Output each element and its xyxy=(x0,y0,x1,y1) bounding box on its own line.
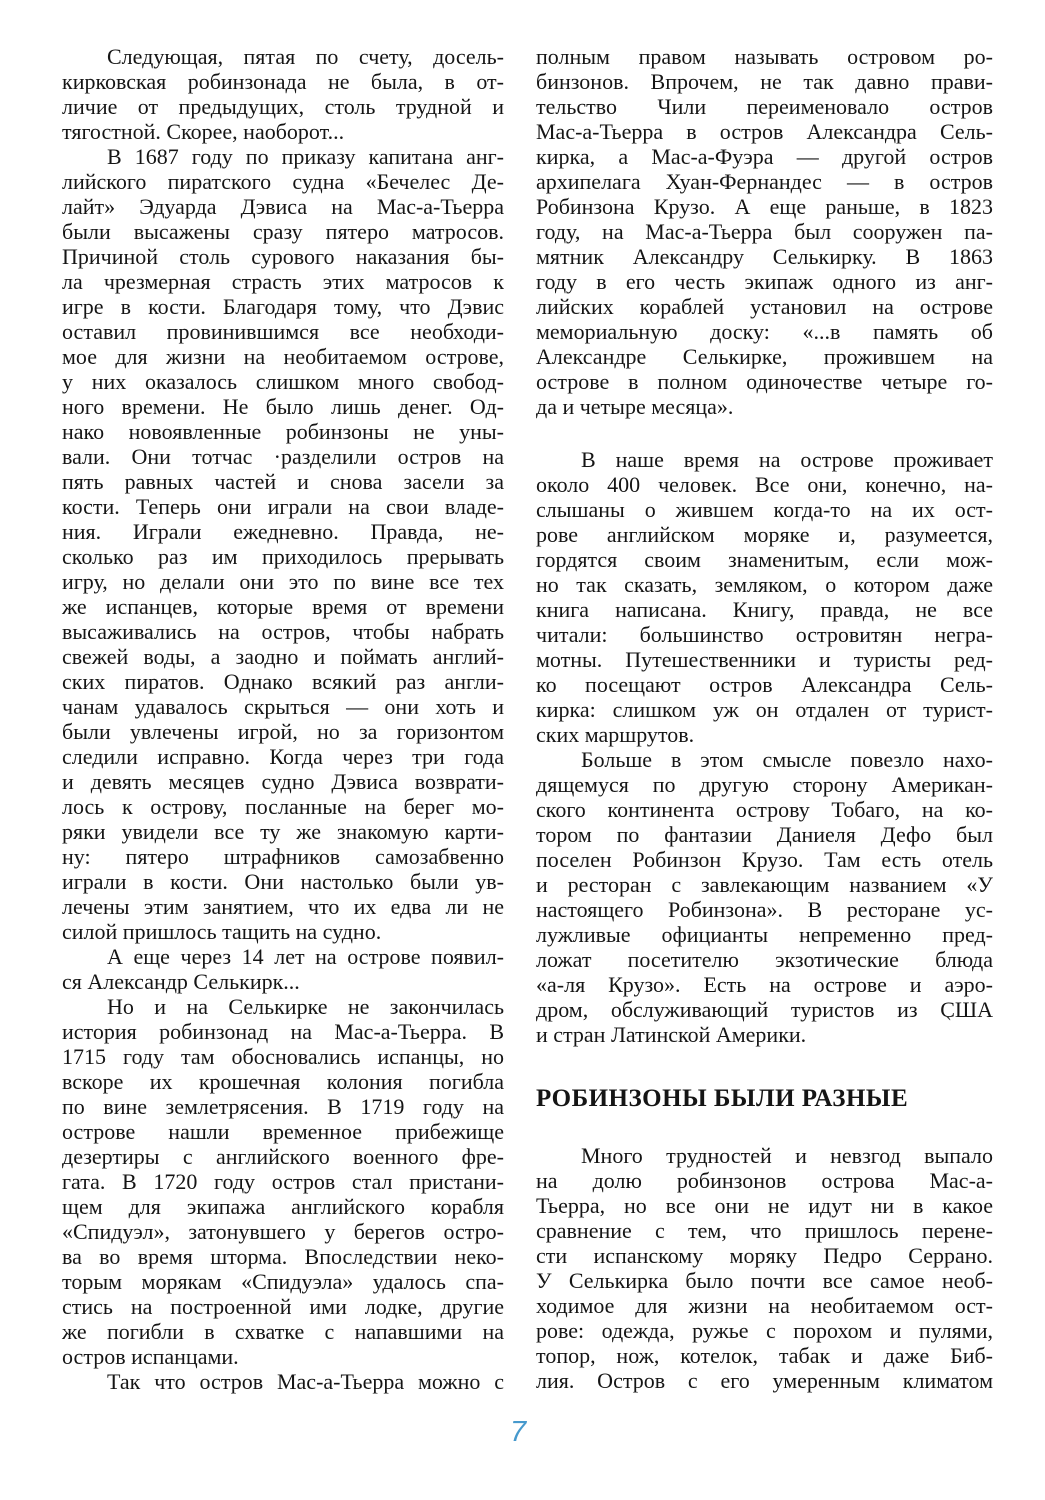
text-line: В 1687 году по приказу капитана анг- xyxy=(62,144,504,169)
text-line: гата. В 1720 году остров стал пристани- xyxy=(62,1169,504,1194)
text-line: мемориальную доску: «...в память об xyxy=(536,319,993,344)
text-line: лия. Остров с его умеренным климатом xyxy=(536,1368,993,1393)
text-line: ряки увидели все ту же знакомую карти- xyxy=(62,819,504,844)
text-line: «а-ля Крузо». Есть на острове и аэро- xyxy=(536,972,993,997)
text-line: Робинзона Крузо. А еще раньше, в 1823 xyxy=(536,194,993,219)
paragraph: Много трудностей и невзгод выпалона долю… xyxy=(536,1143,993,1393)
text-line: Так что остров Мас-а-Тьерра можно с xyxy=(62,1369,504,1394)
text-line: ну: пятеро штрафников самозабвенно xyxy=(62,844,504,869)
text-line: сколько раз им приходилось прерывать xyxy=(62,544,504,569)
text-line: следили исправно. Когда через три года xyxy=(62,744,504,769)
text-line: и девять месяцев судно Дэвиса возврати- xyxy=(62,769,504,794)
paragraph: Но и на Селькирке не закончиласьистория … xyxy=(62,994,504,1369)
text-line: острове нашли временное прибежище xyxy=(62,1119,504,1144)
paragraph: полным правом называть островом ро-бинзо… xyxy=(536,44,993,419)
text-line: остров испанцами. xyxy=(62,1344,504,1369)
text-line: щем для экипажа английского корабля xyxy=(62,1194,504,1219)
text-line: В наше время на острове проживает xyxy=(536,447,993,472)
text-line: лайт» Эдуарда Дэвиса на Мас-а-Тьерра xyxy=(62,194,504,219)
text-line: история робинзонад на Мас-а-Тьерра. В xyxy=(62,1019,504,1044)
text-line: ного времени. Не было лишь денег. Од- xyxy=(62,394,504,419)
text-line: бинзонов. Впрочем, не так давно прави- xyxy=(536,69,993,94)
text-line: стись на построенной ими лодке, другие xyxy=(62,1294,504,1319)
text-line: ния. Играли ежедневно. Правда, не- xyxy=(62,519,504,544)
text-line: кости. Теперь они играли на свои владе- xyxy=(62,494,504,519)
right-text-column: полным правом называть островом ро-бинзо… xyxy=(536,44,993,1393)
text-line: дром, обслуживающий туристов из США xyxy=(536,997,993,1022)
text-line: свежей воды, а заодно и поймать англий- xyxy=(62,644,504,669)
text-line: да и четыре месяца». xyxy=(536,394,993,419)
text-line: кирка, а Мас-а-Фуэра — другой остров xyxy=(536,144,993,169)
text-line: кирка: слишком уж он отдален от турист- xyxy=(536,697,993,722)
text-line: топор, нож, котелок, табак и даже Биб- xyxy=(536,1343,993,1368)
text-line: лийского пиратского судна «Бечелес Де- xyxy=(62,169,504,194)
text-line: силой пришлось тащить на судно. xyxy=(62,919,504,944)
text-line: лужливые официанты непременно пред- xyxy=(536,922,993,947)
text-line: Следующая, пятая по счету, досель- xyxy=(62,44,504,69)
text-line: личие от предыдущих, столь трудной и xyxy=(62,94,504,119)
text-line: высаживались на остров, чтобы набрать xyxy=(62,619,504,644)
text-line: по вине землетрясения. В 1719 году на xyxy=(62,1094,504,1119)
text-line: острове в полном одиночестве четыре го- xyxy=(536,369,993,394)
paragraph: Так что остров Мас-а-Тьерра можно с xyxy=(62,1369,504,1394)
text-line: тором по фантазии Даниеля Дефо был xyxy=(536,822,993,847)
text-line: рове: одежда, ружье с порохом и пулями, xyxy=(536,1318,993,1343)
book-page: Следующая, пятая по счету, досель-кирков… xyxy=(0,0,1045,1500)
text-line: но так сказать, земляком, о котором даже xyxy=(536,572,993,597)
text-line: ва во время шторма. Впоследствии неко- xyxy=(62,1244,504,1269)
text-line: вскоре их крошечная колония погибла xyxy=(62,1069,504,1094)
text-line: У Селькирка было почти все самое необ- xyxy=(536,1268,993,1293)
text-line: на долю робинзонов острова Мас-а- xyxy=(536,1168,993,1193)
text-line: же погибли в схватке с напавшими на xyxy=(62,1319,504,1344)
text-line: настоящего Робинзона». В ресторане ус- xyxy=(536,897,993,922)
text-line: дящемуся по другую сторону Американ- xyxy=(536,772,993,797)
left-text-column: Следующая, пятая по счету, досель-кирков… xyxy=(62,44,504,1394)
paragraph: А еще через 14 лет на острове появил-ся … xyxy=(62,944,504,994)
text-line: и ресторан с завлекающим названием «У xyxy=(536,872,993,897)
text-line: оставил провинившимся все необходи- xyxy=(62,319,504,344)
paragraph: В 1687 году по приказу капитана анг-лийс… xyxy=(62,144,504,944)
text-line: кирковская робинзонада не была, в от- xyxy=(62,69,504,94)
text-line: полным правом называть островом ро- xyxy=(536,44,993,69)
text-line: же испанцев, которые время от времени xyxy=(62,594,504,619)
text-line: сти испанскому моряку Педро Серрано. xyxy=(536,1243,993,1268)
text-line: году в его честь экипаж одного из анг- xyxy=(536,269,993,294)
text-line: играли в кости. Они настолько были ув- xyxy=(62,869,504,894)
text-line: гордятся своим знаменитым, если мож- xyxy=(536,547,993,572)
text-line: Причиной столь сурового наказания бы- xyxy=(62,244,504,269)
paragraph: Следующая, пятая по счету, досель-кирков… xyxy=(62,44,504,144)
text-line: Но и на Селькирке не закончилась xyxy=(62,994,504,1019)
text-line: лечены этим занятием, что их едва ли не xyxy=(62,894,504,919)
paragraph: Больше в этом смысле повезло нахо-дящему… xyxy=(536,747,993,1047)
text-line: слышаны о жившем когда-то на их ост- xyxy=(536,497,993,522)
text-line: Мас-а-Тьерра в остров Александра Сель- xyxy=(536,119,993,144)
text-line: ложат посетителю экзотические блюда xyxy=(536,947,993,972)
text-line: нако новоявленные робинзоны не уны- xyxy=(62,419,504,444)
text-line: мятник Александру Селькирку. В 1863 xyxy=(536,244,993,269)
text-line: ся Александр Селькирк... xyxy=(62,969,504,994)
text-line: дезертиры с английского военного фре- xyxy=(62,1144,504,1169)
text-line: ла чрезмерная страсть этих матросов к xyxy=(62,269,504,294)
text-line: Много трудностей и невзгод выпало xyxy=(536,1143,993,1168)
text-line: были увлечены игрой, но за горизонтом xyxy=(62,719,504,744)
text-line: ских маршрутов. xyxy=(536,722,993,747)
page-number: 7 xyxy=(510,1416,526,1449)
text-line: поселен Робинзон Крузо. Там есть отель xyxy=(536,847,993,872)
text-line: ского континента острову Тобаго, на ко- xyxy=(536,797,993,822)
text-line: тельство Чили переименовало остров xyxy=(536,94,993,119)
text-line: около 400 человек. Все они, конечно, на- xyxy=(536,472,993,497)
text-line: Больше в этом смысле повезло нахо- xyxy=(536,747,993,772)
text-line: ко посещают остров Александра Сель- xyxy=(536,672,993,697)
text-line: были высажены сразу пятеро матросов. xyxy=(62,219,504,244)
text-line: А еще через 14 лет на острове появил- xyxy=(62,944,504,969)
text-line: мое для жизни на необитаемом острове, xyxy=(62,344,504,369)
paragraph: В наше время на острове проживаетоколо 4… xyxy=(536,447,993,747)
text-line: архипелага Хуан-Фернандес — в остров xyxy=(536,169,993,194)
text-line: сравнение с тем, что пришлось перене- xyxy=(536,1218,993,1243)
text-line: «Спидуэл», затонувшего у берегов остро- xyxy=(62,1219,504,1244)
text-line: рове английском моряке и, разумеется, xyxy=(536,522,993,547)
text-line: лийских кораблей установил на острове xyxy=(536,294,993,319)
text-line: торым морякам «Спидуэла» удалось спа- xyxy=(62,1269,504,1294)
text-line: Александре Селькирке, прожившем на xyxy=(536,344,993,369)
text-line: тягостной. Скорее, наоборот... xyxy=(62,119,504,144)
text-line: Тьерра, но все они не идут ни в какое xyxy=(536,1193,993,1218)
text-line: году, на Мас-а-Тьерра был сооружен па- xyxy=(536,219,993,244)
text-line: ходимое для жизни на необитаемом ост- xyxy=(536,1293,993,1318)
text-line: и стран Латинской Америки. xyxy=(536,1022,993,1047)
text-line: мотны. Путешественники и туристы ред- xyxy=(536,647,993,672)
text-line: вали. Они тотчас ·разделили остров на xyxy=(62,444,504,469)
text-line: читали: большинство островитян негра- xyxy=(536,622,993,647)
section-heading: РОБИНЗОНЫ БЫЛИ РАЗНЫЕ xyxy=(536,1085,993,1113)
text-line: 1715 году там обосновались испанцы, но xyxy=(62,1044,504,1069)
text-line: пять равных частей и снова засели за xyxy=(62,469,504,494)
text-line: чанам удавалось скрыться — они хоть и xyxy=(62,694,504,719)
text-line: ских пиратов. Однако всякий раз англи- xyxy=(62,669,504,694)
text-line: игре в кости. Благодаря тому, что Дэвис xyxy=(62,294,504,319)
text-line: у них оказалось слишком много свобод- xyxy=(62,369,504,394)
text-line: лось к острову, посланные на берег мо- xyxy=(62,794,504,819)
text-line: книга написана. Книгу, правда, не все xyxy=(536,597,993,622)
text-line: игру, но делали они это по вине все тех xyxy=(62,569,504,594)
